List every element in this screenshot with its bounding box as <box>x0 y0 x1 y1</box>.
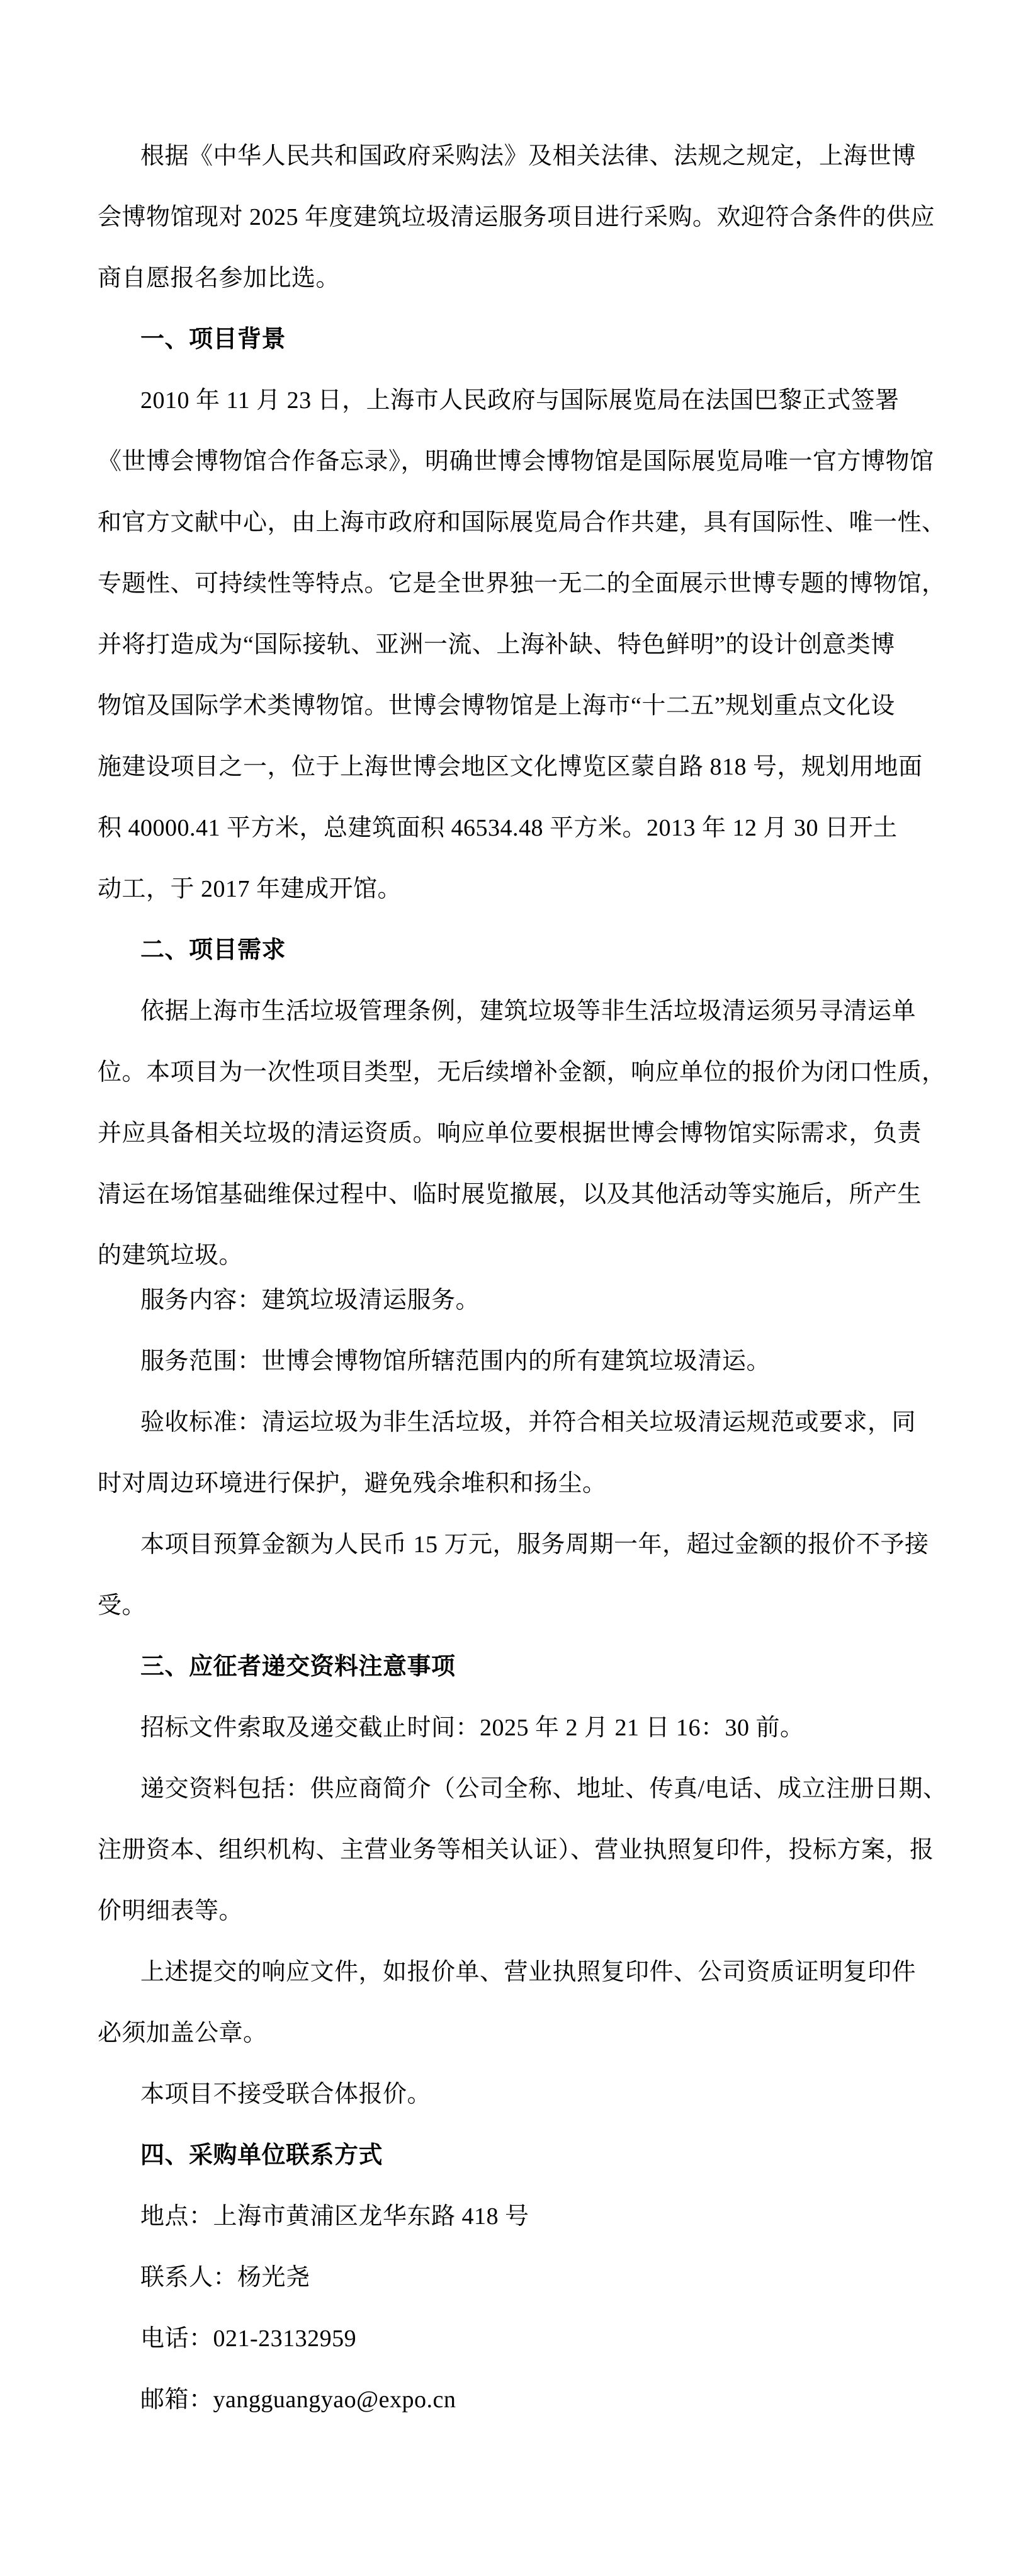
service-scope-paragraph: 服务范围：世博会博物馆所辖范围内的所有建筑垃圾清运。 <box>98 1331 929 1392</box>
text-line: 邮箱：yangguangyao@expo.cn <box>98 2369 929 2431</box>
text-line: 注册资本、组织机构、主营业务等相关认证）、营业执照复印件，投标方案，报 <box>98 1820 929 1881</box>
text-line: 地点：上海市黄浦区龙华东路 418 号 <box>98 2186 929 2247</box>
text-line: 上述提交的响应文件，如报价单、营业执照复印件、公司资质证明复印件 <box>98 1942 929 2003</box>
text-line: 专题性、可持续性等特点。它是全世界独一无二的全面展示世博专题的博物馆， <box>98 553 929 615</box>
text-line: 四、采购单位联系方式 <box>98 2125 929 2186</box>
text-line: 《世博会博物馆合作备忘录》，明确世博会博物馆是国际展览局唯一官方博物馆 <box>98 431 929 492</box>
text-line: 2010 年 11 月 23 日，上海市人民政府与国际展览局在法国巴黎正式签署 <box>98 370 929 431</box>
contact-phone-line: 电话：021-23132959 <box>98 2308 929 2369</box>
text-line: 电话：021-23132959 <box>98 2308 929 2369</box>
text-line: 二、项目需求 <box>98 920 929 981</box>
text-line: 三、应征者递交资料注意事项 <box>98 1637 929 1698</box>
project-background-paragraph: 2010 年 11 月 23 日，上海市人民政府与国际展览局在法国巴黎正式签署《… <box>98 370 929 920</box>
heading-section-3: 三、应征者递交资料注意事项 <box>98 1637 929 1698</box>
text-line: 会博物馆现对 2025 年度建筑垃圾清运服务项目进行采购。欢迎符合条件的供应 <box>98 187 929 248</box>
text-line: 位。本项目为一次性项目类型，无后续增补金额，响应单位的报价为闭口性质， <box>98 1042 929 1103</box>
text-line: 必须加盖公章。 <box>98 2003 929 2064</box>
text-line: 价明细表等。 <box>98 1881 929 1942</box>
text-line: 施建设项目之一，位于上海世博会地区文化博览区蒙自路 818 号，规划用地面 <box>98 737 929 798</box>
text-line: 根据《中华人民共和国政府采购法》及相关法律、法规之规定，上海世博 <box>98 126 929 187</box>
heading-section-2: 二、项目需求 <box>98 920 929 981</box>
acceptance-standard-paragraph: 验收标准：清运垃圾为非生活垃圾，并符合相关垃圾清运规范或要求，同时对周边环境进行… <box>98 1392 929 1514</box>
text-line: 依据上海市生活垃圾管理条例，建筑垃圾等非生活垃圾清运须另寻清运单 <box>98 981 929 1042</box>
contact-person-line: 联系人：杨光尧 <box>98 2247 929 2308</box>
service-content-paragraph: 服务内容：建筑垃圾清运服务。 <box>98 1270 929 1331</box>
text-line: 积 40000.41 平方米，总建筑面积 46534.48 平方米。2013 年… <box>98 798 929 859</box>
text-line: 验收标准：清运垃圾为非生活垃圾，并符合相关垃圾清运规范或要求，同 <box>98 1392 929 1453</box>
text-line: 受。 <box>98 1575 929 1637</box>
text-line: 递交资料包括：供应商简介（公司全称、地址、传真/电话、成立注册日期、 <box>98 1759 929 1820</box>
text-line: 并将打造成为“国际接轨、亚洲一流、上海补缺、特色鲜明”的设计创意类博 <box>98 615 929 676</box>
materials-paragraph: 递交资料包括：供应商简介（公司全称、地址、传真/电话、成立注册日期、注册资本、组… <box>98 1759 929 1942</box>
text-line: 本项目不接受联合体报价。 <box>98 2064 929 2125</box>
text-line: 和官方文献中心，由上海市政府和国际展览局合作共建，具有国际性、唯一性、 <box>98 492 929 553</box>
heading-section-4: 四、采购单位联系方式 <box>98 2125 929 2186</box>
text-line: 清运在场馆基础维保过程中、临时展览撤展，以及其他活动等实施后，所产生 <box>98 1164 929 1225</box>
text-line: 动工，于 2017 年建成开馆。 <box>98 859 929 920</box>
contact-email-line: 邮箱：yangguangyao@expo.cn <box>98 2369 929 2431</box>
text-line: 一、项目背景 <box>98 309 929 370</box>
text-line: 并应具备相关垃圾的清运资质。响应单位要根据世博会博物馆实际需求，负责 <box>98 1103 929 1164</box>
text-line: 物馆及国际学术类博物馆。世博会博物馆是上海市“十二五”规划重点文化设 <box>98 676 929 737</box>
text-line: 时对周边环境进行保护，避免残余堆积和扬尘。 <box>98 1453 929 1514</box>
text-line: 商自愿报名参加比选。 <box>98 248 929 309</box>
contact-address-line: 地点：上海市黄浦区龙华东路 418 号 <box>98 2186 929 2247</box>
heading-section-1: 一、项目背景 <box>98 309 929 370</box>
text-line: 服务范围：世博会博物馆所辖范围内的所有建筑垃圾清运。 <box>98 1331 929 1392</box>
intro-paragraph: 根据《中华人民共和国政府采购法》及相关法律、法规之规定，上海世博会博物馆现对 2… <box>98 126 929 309</box>
text-line: 本项目预算金额为人民币 15 万元，服务周期一年，超过金额的报价不予接 <box>98 1514 929 1575</box>
text-line: 服务内容：建筑垃圾清运服务。 <box>98 1270 929 1331</box>
text-line: 联系人：杨光尧 <box>98 2247 929 2308</box>
stamp-requirement-paragraph: 上述提交的响应文件，如报价单、营业执照复印件、公司资质证明复印件必须加盖公章。 <box>98 1942 929 2064</box>
no-consortium-paragraph: 本项目不接受联合体报价。 <box>98 2064 929 2125</box>
budget-paragraph: 本项目预算金额为人民币 15 万元，服务周期一年，超过金额的报价不予接受。 <box>98 1514 929 1637</box>
text-line: 招标文件索取及递交截止时间：2025 年 2 月 21 日 16：30 前。 <box>98 1698 929 1759</box>
project-requirement-paragraph: 依据上海市生活垃圾管理条例，建筑垃圾等非生活垃圾清运须另寻清运单位。本项目为一次… <box>98 981 929 1286</box>
deadline-paragraph: 招标文件索取及递交截止时间：2025 年 2 月 21 日 16：30 前。 <box>98 1698 929 1759</box>
document: 根据《中华人民共和国政府采购法》及相关法律、法规之规定，上海世博会博物馆现对 2… <box>98 126 929 2431</box>
